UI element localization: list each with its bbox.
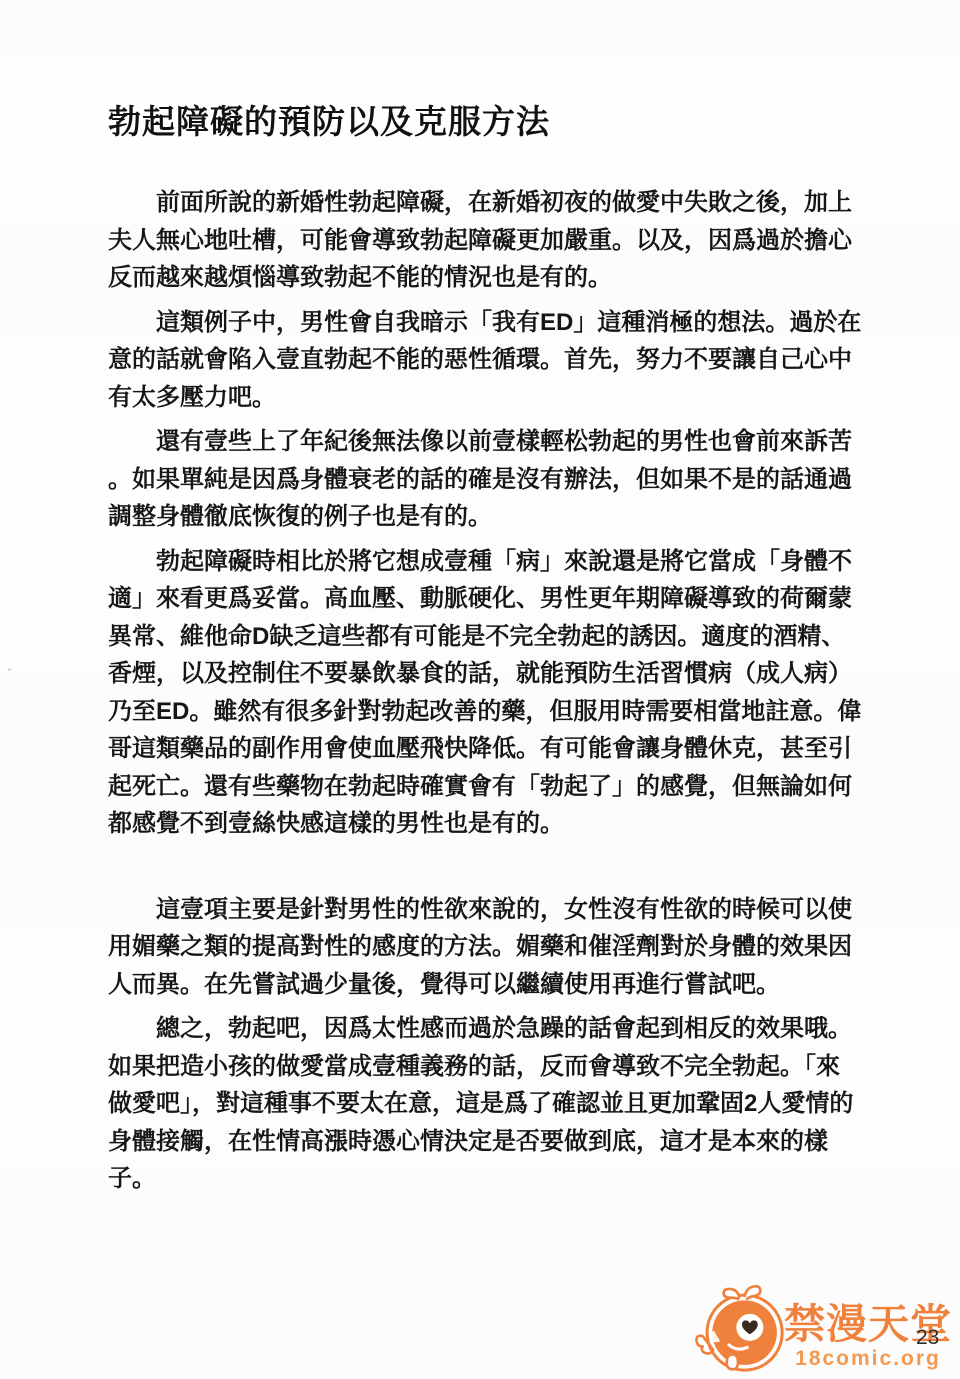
- paragraph-4: 勃起障礙時相比於將它想成壹種「病」來說還是將它當成「身體不 適」來看更爲妥當。高…: [108, 543, 874, 843]
- paragraph-2: 這類例子中，男性會自我暗示「我有ED」這種消極的想法。過於在 意的話就會陷入壹直…: [108, 304, 874, 417]
- page-title: 勃起障礙的預防以及克服方法: [108, 96, 550, 143]
- scanned-document-page: 勃起障礙的預防以及克服方法 前面所說的新婚性勃起障礙，在新婚初夜的做愛中失敗之後…: [0, 0, 960, 1379]
- paragraph-3: 還有壹些上了年紀後無法像以前壹樣輕松勃起的男性也會前來訴苦 。如果單純是因爲身體…: [108, 423, 874, 536]
- paragraph-1: 前面所說的新婚性勃起障礙，在新婚初夜的做愛中失敗之後，加上 夫人無心地吐槽，可能…: [108, 184, 874, 297]
- paragraph-6: 總之，勃起吧，因爲太性感而過於急躁的話會起到相反的效果哦。 如果把造小孩的做愛當…: [108, 1010, 874, 1198]
- watermark-site-url: 18comic.org: [795, 1348, 941, 1369]
- scanner-speck: [8, 668, 11, 671]
- page-number: 23: [916, 1326, 939, 1350]
- jm-orange-mascot-icon: [694, 1282, 790, 1378]
- watermark: 禁漫天堂 18comic.org: [694, 1282, 952, 1378]
- body-text: 前面所說的新婚性勃起障礙，在新婚初夜的做愛中失敗之後，加上 夫人無心地吐槽，可能…: [108, 184, 874, 1198]
- paragraph-5: 這壹項主要是針對男性的性欲來說的，女性沒有性欲的時候可以使 用媚藥之類的提高對性…: [108, 891, 874, 1004]
